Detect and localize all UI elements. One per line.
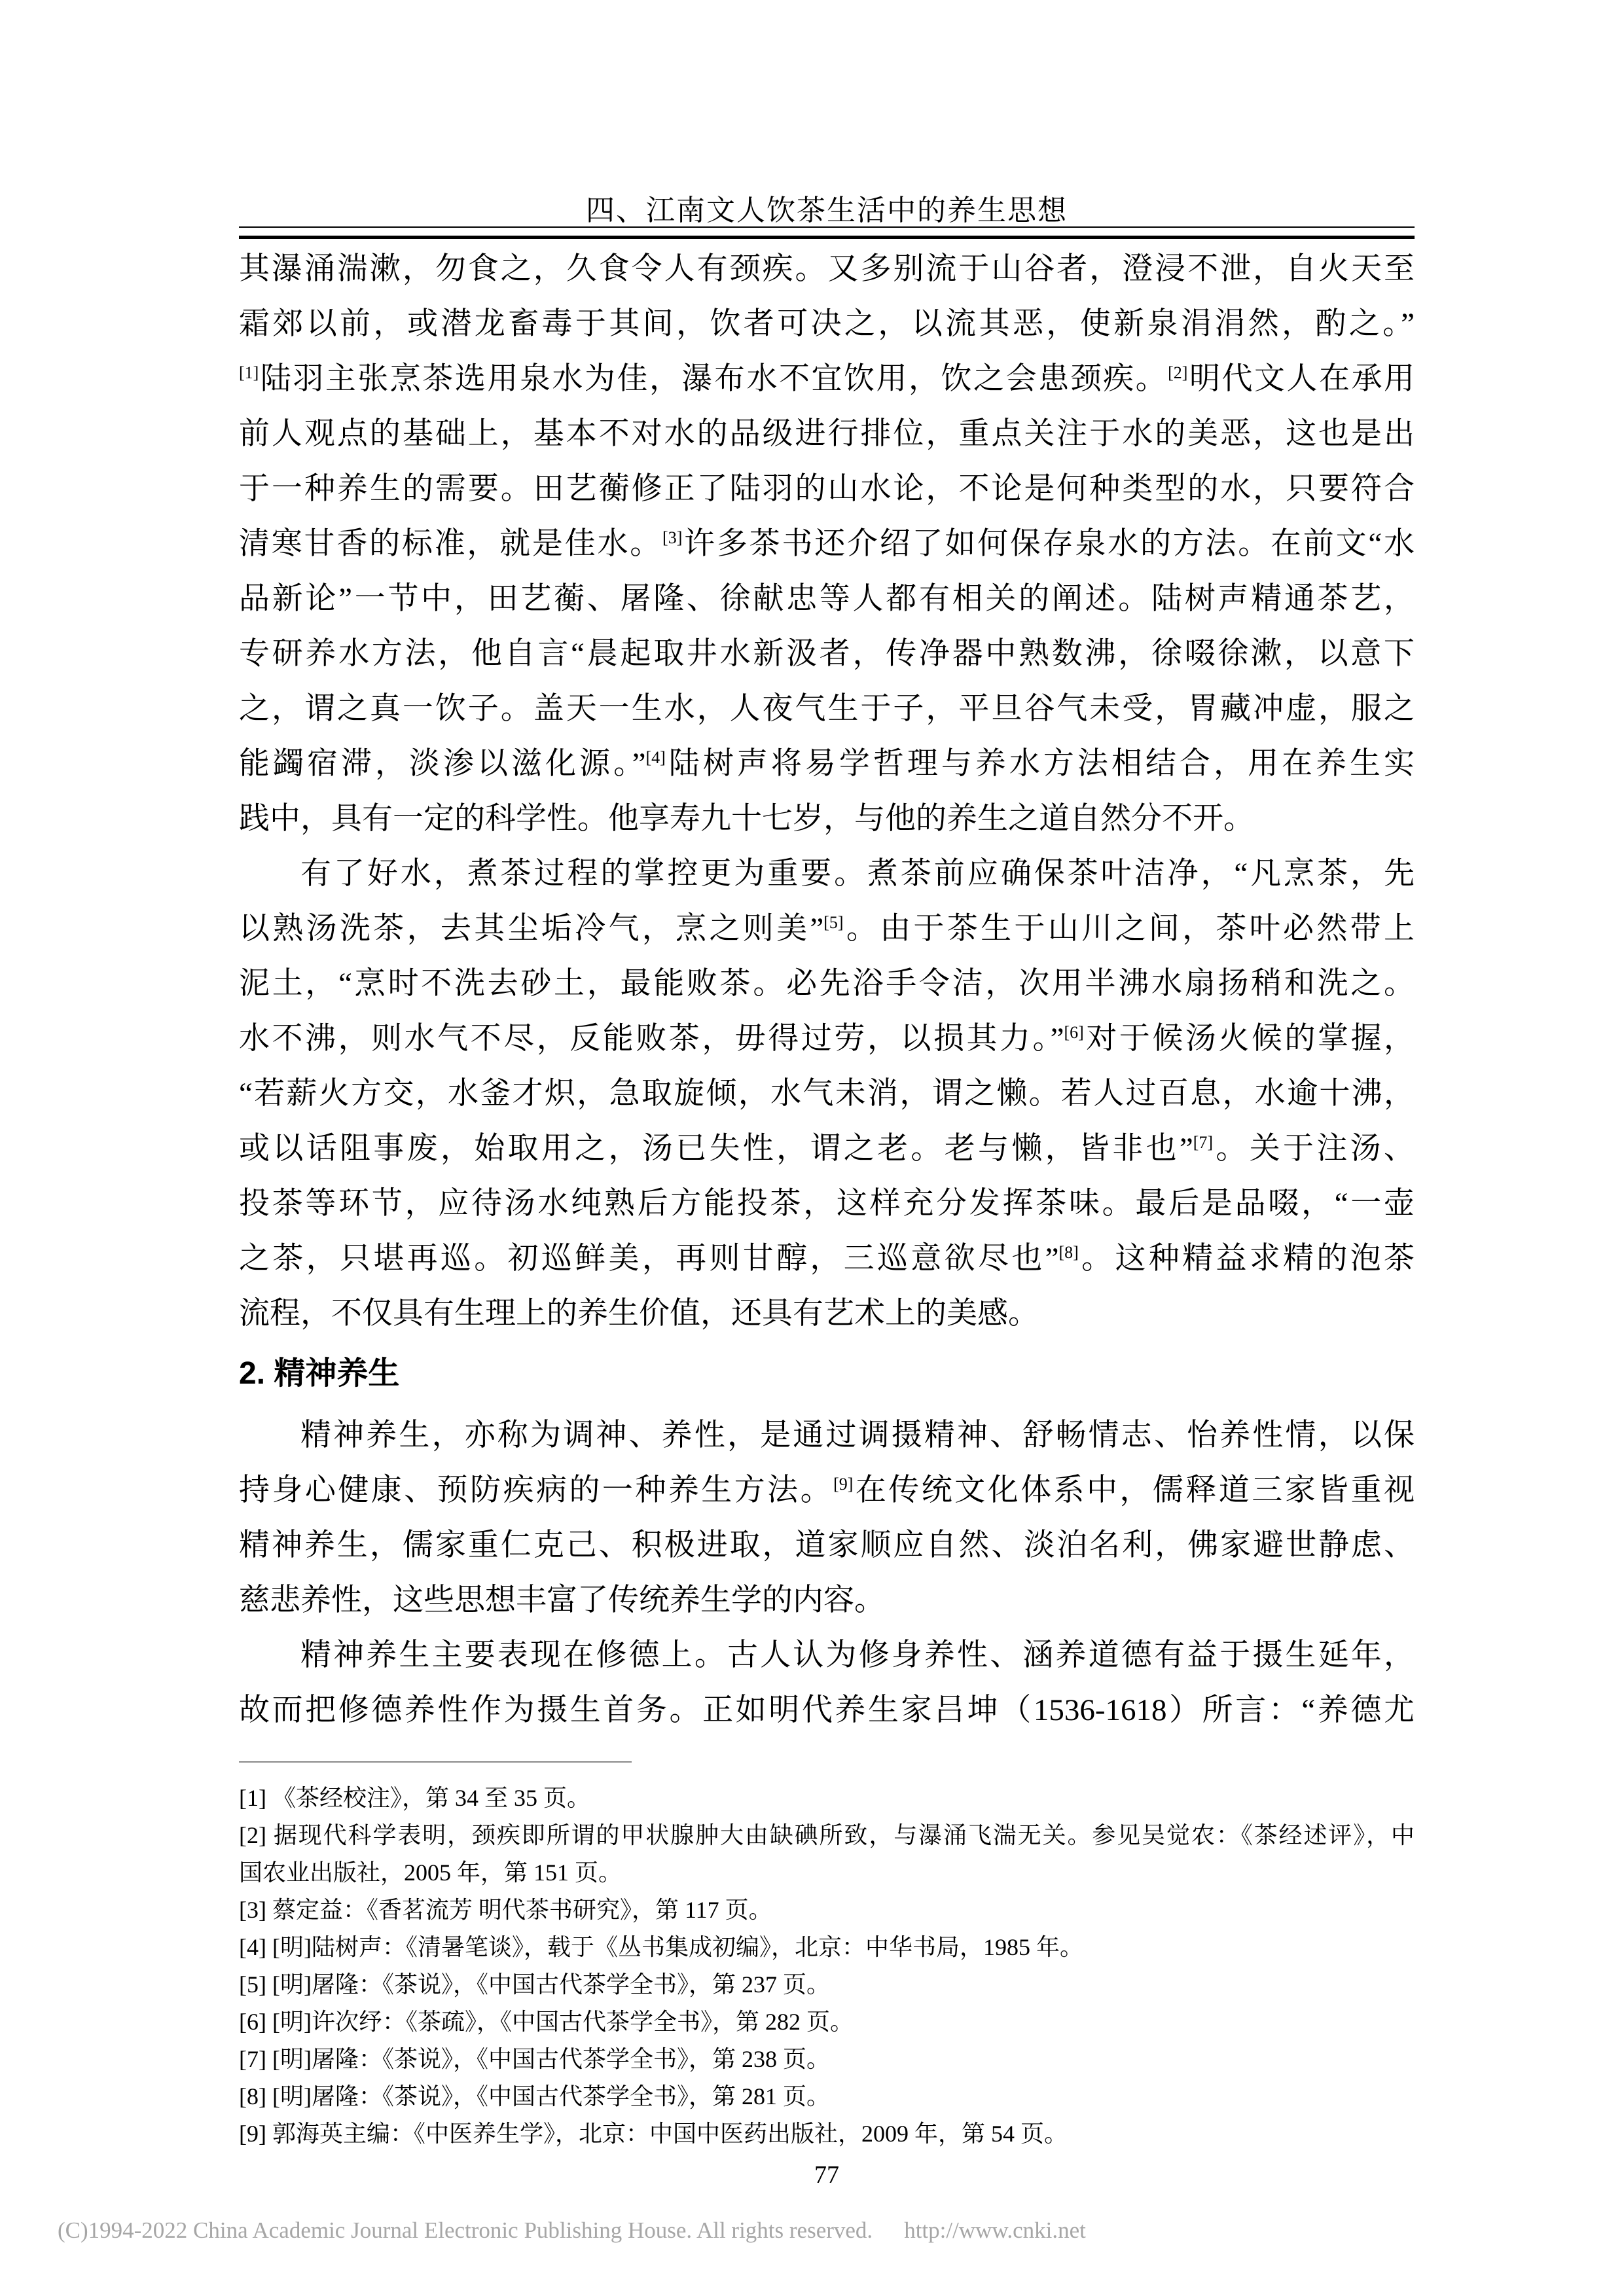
footnote-ref: [7]	[1193, 1133, 1213, 1152]
text-segment: 持身心健康、预防疾病的一种养生方法。	[239, 1473, 833, 1507]
body-line: 其瀑涌湍漱，勿食之，久食令人有颈疾。又多别流于山谷者，澄浸不泄，自火天至	[239, 242, 1415, 296]
section-heading: 2. 精神养生	[239, 1353, 1415, 1395]
body-line: 投茶等环节，应待汤水纯熟后方能投茶，这样充分发挥茶味。最后是品啜，“一壶	[239, 1176, 1415, 1231]
text-segment: 之，谓之真一饮子。盖天一生水，人夜气生于子，平旦谷气未受，胃藏冲虚，服之	[239, 692, 1415, 726]
footnote-ref: [3]	[662, 528, 682, 547]
body-line: 有了好水，煮茶过程的掌控更为重要。煮茶前应确保茶叶洁净，“凡烹茶，先	[239, 846, 1415, 901]
footnote-ref: [8]	[1059, 1243, 1079, 1262]
footnote-line: [2] 据现代科学表明，颈疾即所谓的甲状腺肿大由缺碘所致，与瀑涌飞湍无关。参见吴…	[239, 1817, 1415, 1854]
footnote-line: [4] [明]陆树声：《清暑笔谈》，载于《丛书集成初编》，北京：中华书局，198…	[239, 1929, 1415, 1966]
body-line: 水不沸，则水气不尽，反能败茶，毋得过劳，以损其力。”[6]对于候汤火候的掌握，	[239, 1011, 1415, 1066]
document-page: 四、江南文人饮茶生活中的养生思想 其瀑涌湍漱，勿食之，久食令人有颈疾。又多别流于…	[0, 0, 1624, 2296]
footnote-line: [1] 《茶经校注》，第 34 至 35 页。	[239, 1780, 1415, 1817]
text-segment: 陆树声将易学哲理与养水方法相结合，用在养生实	[666, 747, 1415, 781]
body-line: [1]陆羽主张烹茶选用泉水为佳，瀑布水不宜饮用，饮之会患颈疾。[2]明代文人在承…	[239, 351, 1415, 406]
footnote-ref: [5]	[823, 913, 843, 932]
footnote-ref: [4]	[645, 748, 665, 767]
footer-watermark: (C)1994-2022 China Academic Journal Elec…	[58, 2217, 1086, 2244]
page-content: 四、江南文人饮茶生活中的养生思想 其瀑涌湍漱，勿食之，久食令人有颈疾。又多别流于…	[239, 195, 1415, 2189]
body-line: 践中，具有一定的科学性。他享寿九十七岁，与他的养生之道自然分不开。	[239, 791, 1415, 846]
body-line: 专研养水方法，他自言“晨起取井水新汲者，传净器中熟数沸，徐啜徐漱，以意下	[239, 626, 1415, 681]
text-segment: 品新论”一节中，田艺蘅、屠隆、徐献忠等人都有相关的阐述。陆树声精通茶艺，	[239, 582, 1415, 616]
footnote-ref: [6]	[1064, 1023, 1083, 1042]
body-line: 品新论”一节中，田艺蘅、屠隆、徐献忠等人都有相关的阐述。陆树声精通茶艺，	[239, 571, 1415, 626]
chapter-title: 四、江南文人饮茶生活中的养生思想	[239, 195, 1415, 226]
body-line: 之，谓之真一饮子。盖天一生水，人夜气生于子，平旦谷气未受，胃藏冲虚，服之	[239, 681, 1415, 736]
text-segment: 精神养生，儒家重仁克己、积极进取，道家顺应自然、淡泊名利，佛家避世静虑、	[239, 1528, 1415, 1562]
body-line: 霜郊以前，或潜龙畜毒于其间，饮者可决之，以流其恶，使新泉涓涓然，酌之。”	[239, 296, 1415, 351]
text-segment: 以熟汤洗茶，去其尘垢冷气，烹之则美”	[239, 912, 823, 946]
text-segment: 其瀑涌湍漱，勿食之，久食令人有颈疾。又多别流于山谷者，澄浸不泄，自火天至	[239, 252, 1415, 286]
body-line: 之茶，只堪再巡。初巡鲜美，再则甘醇，三巡意欲尽也”[8]。这种精益求精的泡茶	[239, 1231, 1415, 1286]
header-double-rule	[239, 226, 1415, 239]
footer-url: http://www.cnki.net	[904, 2217, 1086, 2243]
body-text: 其瀑涌湍漱，勿食之，久食令人有颈疾。又多别流于山谷者，澄浸不泄，自火天至霜郊以前…	[239, 242, 1415, 1738]
body-line: 前人观点的基础上，基本不对水的品级进行排位，重点关注于水的美恶，这也是出	[239, 406, 1415, 461]
body-line: 故而把修德养性作为摄生首务。正如明代养生家吕坤（1536-1618）所言：“养德…	[239, 1683, 1415, 1738]
text-segment: 。由于茶生于山川之间，茶叶必然带上	[844, 912, 1415, 946]
footnotes: [1] 《茶经校注》，第 34 至 35 页。[2] 据现代科学表明，颈疾即所谓…	[239, 1780, 1415, 2153]
footnote-line: [3] 蔡定益：《香茗流芳 明代茶书研究》，第 117 页。	[239, 1892, 1415, 1929]
body-line: 持身心健康、预防疾病的一种养生方法。[9]在传统文化体系中，儒释道三家皆重视	[239, 1463, 1415, 1518]
footnote-line: [6] [明]许次纾：《茶疏》，《中国古代茶学全书》，第 282 页。	[239, 2003, 1415, 2041]
body-line: 精神养生，儒家重仁克己、积极进取，道家顺应自然、淡泊名利，佛家避世静虑、	[239, 1518, 1415, 1573]
text-segment: 于一种养生的需要。田艺蘅修正了陆羽的山水论，不论是何种类型的水，只要符合	[239, 472, 1415, 506]
footnote-line: 国农业出版社，2005 年，第 151 页。	[239, 1854, 1415, 1892]
text-segment: 前人观点的基础上，基本不对水的品级进行排位，重点关注于水的美恶，这也是出	[239, 417, 1415, 451]
body-line: 精神养生，亦称为调神、养性，是通过调摄精神、舒畅情志、怡养性情，以保	[239, 1408, 1415, 1463]
body-line: 清寒甘香的标准，就是佳水。[3]许多茶书还介绍了如何保存泉水的方法。在前文“水	[239, 516, 1415, 571]
footnote-line: [8] [明]屠隆：《茶说》，《中国古代茶学全书》，第 281 页。	[239, 2078, 1415, 2115]
footnote-line: [9] 郭海英主编：《中医养生学》，北京：中国中医药出版社，2009 年，第 5…	[239, 2115, 1415, 2153]
footnote-line: [5] [明]屠隆：《茶说》，《中国古代茶学全书》，第 237 页。	[239, 1966, 1415, 2003]
text-segment: 慈悲养性，这些思想丰富了传统养生学的内容。	[239, 1583, 885, 1617]
text-segment: 之茶，只堪再巡。初巡鲜美，再则甘醇，三巡意欲尽也”	[239, 1242, 1059, 1276]
text-segment: “若薪火方交，水釜才炽，急取旋倾，水气未消，谓之懒。若人过百息，水逾十沸，	[239, 1077, 1415, 1111]
text-segment: 流程，不仅具有生理上的养生价值，还具有艺术上的美感。	[239, 1297, 1039, 1331]
text-segment: 践中，具有一定的科学性。他享寿九十七岁，与他的养生之道自然分不开。	[239, 802, 1254, 836]
footnote-line: [7] [明]屠隆：《茶说》，《中国古代茶学全书》，第 238 页。	[239, 2041, 1415, 2078]
text-segment: 清寒甘香的标准，就是佳水。	[239, 527, 662, 561]
footnote-ref: [2]	[1168, 363, 1187, 382]
text-segment: 许多茶书还介绍了如何保存泉水的方法。在前文“水	[682, 527, 1415, 561]
text-segment: 有了好水，煮茶过程的掌控更为重要。煮茶前应确保茶叶洁净，“凡烹茶，先	[300, 857, 1415, 891]
text-segment: 精神养生，亦称为调神、养性，是通过调摄精神、舒畅情志、怡养性情，以保	[300, 1418, 1415, 1452]
body-line: 以熟汤洗茶，去其尘垢冷气，烹之则美”[5]。由于茶生于山川之间，茶叶必然带上	[239, 901, 1415, 956]
text-segment: 明代文人在承用	[1187, 362, 1415, 396]
text-segment: 投茶等环节，应待汤水纯熟后方能投茶，这样充分发挥茶味。最后是品啜，“一壶	[239, 1187, 1415, 1221]
text-segment: 精神养生主要表现在修德上。古人认为修身养性、涵养道德有益于摄生延年，	[300, 1638, 1415, 1672]
body-line: 流程，不仅具有生理上的养生价值，还具有艺术上的美感。	[239, 1286, 1415, 1341]
text-segment: 在传统文化体系中，儒释道三家皆重视	[853, 1473, 1415, 1507]
body-line: 或以话阻事废，始取用之，汤已失性，谓之老。老与懒，皆非也”[7]。关于注汤、	[239, 1121, 1415, 1176]
text-segment: 能蠲宿滞，淡渗以滋化源。”	[239, 747, 645, 781]
text-segment: 或以话阻事废，始取用之，汤已失性，谓之老。老与懒，皆非也”	[239, 1132, 1193, 1166]
body-line: 泥土，“烹时不洗去砂土，最能败茶。必先浴手令洁，次用半沸水扇扬稍和洗之。	[239, 956, 1415, 1011]
text-segment: 陆羽主张烹茶选用泉水为佳，瀑布水不宜饮用，饮之会患颈疾。	[259, 362, 1168, 396]
body-line: 慈悲养性，这些思想丰富了传统养生学的内容。	[239, 1573, 1415, 1628]
body-line: 能蠲宿滞，淡渗以滋化源。”[4]陆树声将易学哲理与养水方法相结合，用在养生实	[239, 736, 1415, 791]
text-segment: 。关于注汤、	[1213, 1132, 1415, 1166]
page-number: 77	[239, 2161, 1415, 2189]
text-segment: 故而把修德养性作为摄生首务。正如明代养生家吕坤（1536-1618）所言：“养德…	[239, 1693, 1415, 1727]
text-segment: 。这种精益求精的泡茶	[1079, 1242, 1415, 1276]
footnote-separator	[239, 1761, 632, 1763]
body-line: “若薪火方交，水釜才炽，急取旋倾，水气未消，谓之懒。若人过百息，水逾十沸，	[239, 1066, 1415, 1121]
text-segment: 对于候汤火候的掌握，	[1084, 1022, 1415, 1056]
footer-copyright: (C)1994-2022 China Academic Journal Elec…	[58, 2217, 873, 2243]
footnote-ref: [1]	[239, 363, 259, 382]
body-line: 于一种养生的需要。田艺蘅修正了陆羽的山水论，不论是何种类型的水，只要符合	[239, 461, 1415, 516]
text-segment: 水不沸，则水气不尽，反能败茶，毋得过劳，以损其力。”	[239, 1022, 1064, 1056]
body-line: 精神养生主要表现在修德上。古人认为修身养性、涵养道德有益于摄生延年，	[239, 1628, 1415, 1683]
text-segment: 霜郊以前，或潜龙畜毒于其间，饮者可决之，以流其恶，使新泉涓涓然，酌之。”	[239, 307, 1415, 341]
text-segment: 泥土，“烹时不洗去砂土，最能败茶。必先浴手令洁，次用半沸水扇扬稍和洗之。	[239, 967, 1415, 1001]
text-segment: 专研养水方法，他自言“晨起取井水新汲者，传净器中熟数沸，徐啜徐漱，以意下	[239, 637, 1415, 671]
footnote-ref: [9]	[833, 1475, 853, 1494]
